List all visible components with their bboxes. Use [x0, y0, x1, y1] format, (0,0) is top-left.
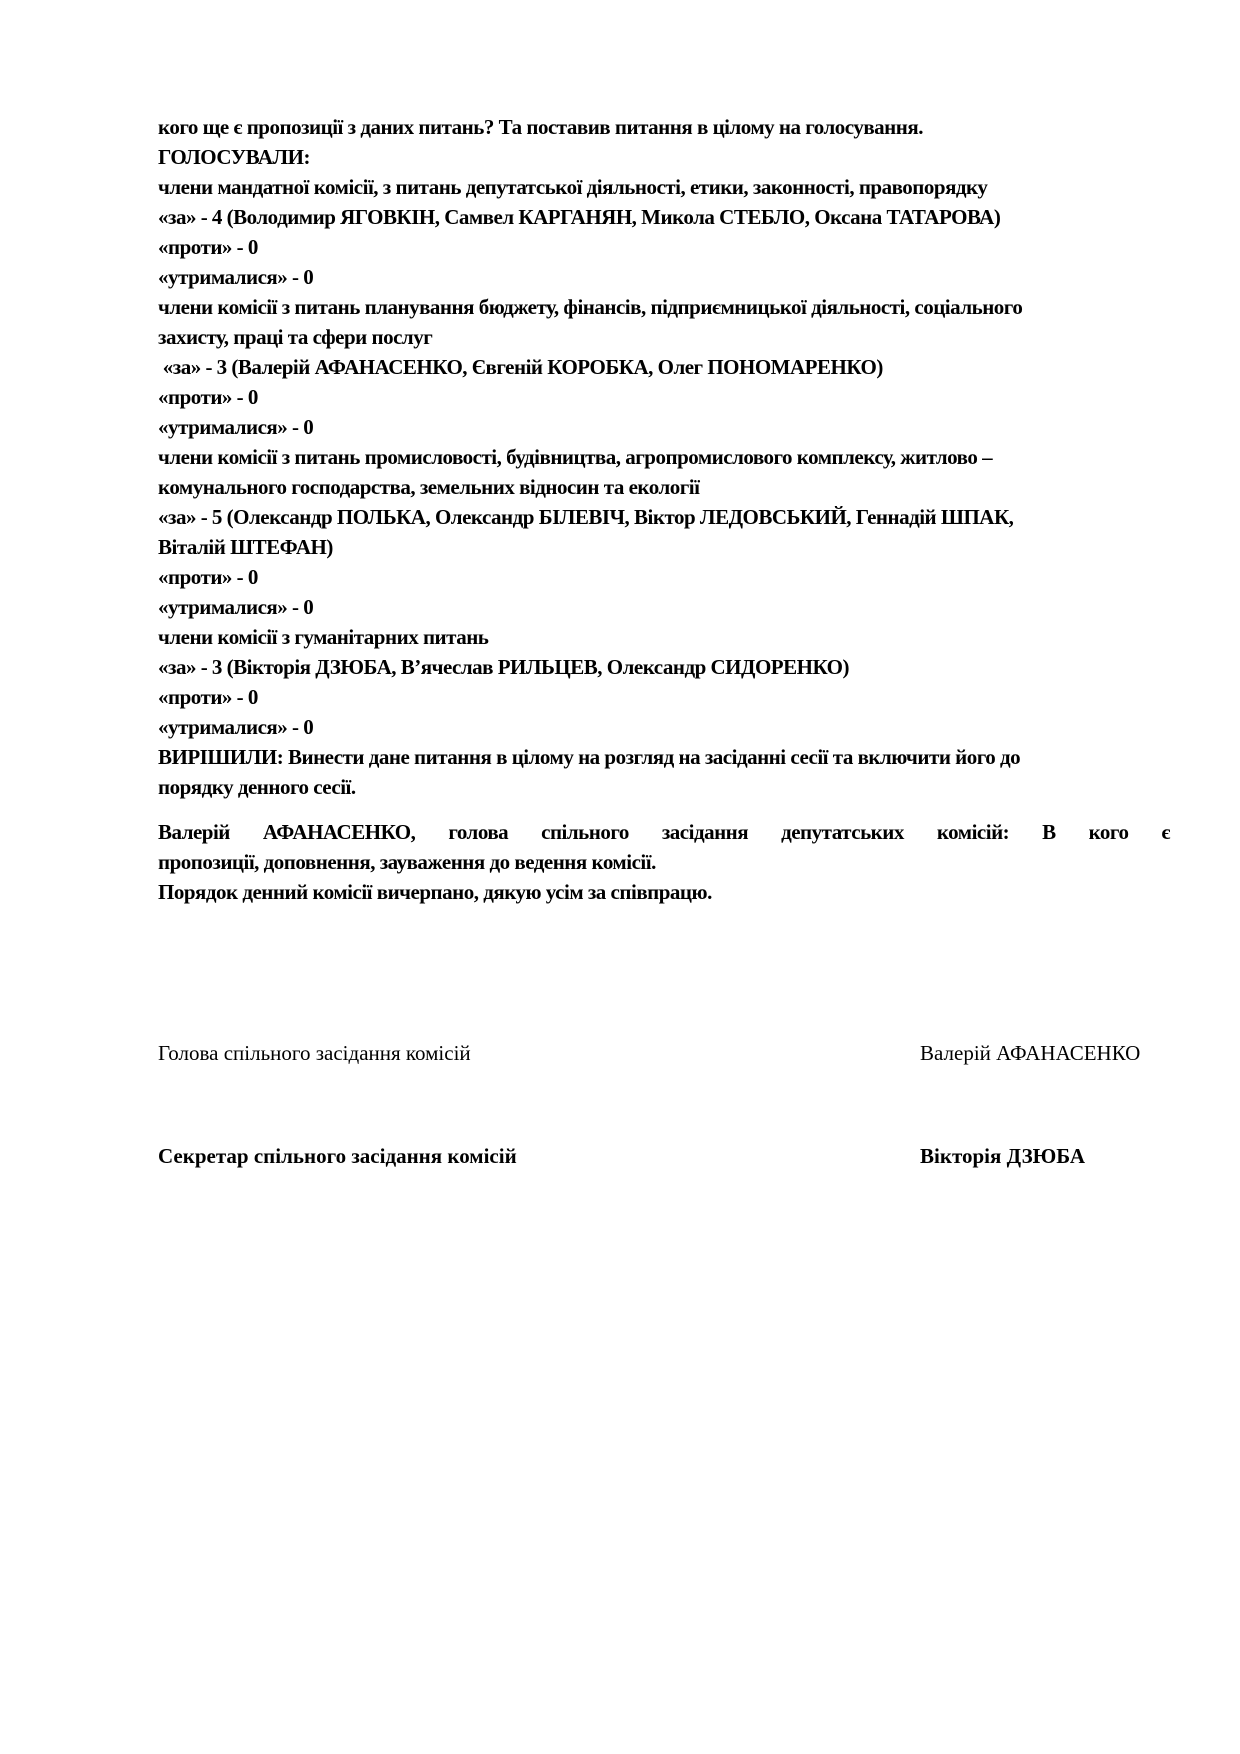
commission-members-line: комунального господарства, земельних від…	[158, 472, 1170, 502]
signature-row-secretary: Секретар спільного засідання комісій Вік…	[158, 1141, 1188, 1171]
vote-for-line: «за» - 4 (Володимир ЯГОВКІН, Самвел КАРГ…	[158, 202, 1170, 232]
vote-against-line: «проти» - 0	[158, 232, 1170, 262]
vote-abstained-line: «утрималися» - 0	[158, 592, 1170, 622]
commission-members-line: захисту, праці та сфери послуг	[158, 322, 1170, 352]
vote-for-line: «за» - 3 (Валерій АФАНАСЕНКО, Євгеній КО…	[158, 352, 1170, 382]
document-body: кого ще є пропозиції з даних питань? Та …	[158, 112, 1170, 907]
vote-abstained-line: «утрималися» - 0	[158, 262, 1170, 292]
signature-block: Голова спільного засідання комісій Валер…	[158, 1038, 1188, 1171]
vote-abstained-line: «утрималися» - 0	[158, 712, 1170, 742]
document-page: кого ще є пропозиції з даних питань? Та …	[0, 0, 1240, 1754]
vote-abstained-line: «утрималися» - 0	[158, 412, 1170, 442]
vote-against-line: «проти» - 0	[158, 562, 1170, 592]
decision-line: ВИРІШИЛИ: Винести дане питання в цілому …	[158, 742, 1170, 772]
signature-row-chair: Голова спільного засідання комісій Валер…	[158, 1038, 1188, 1068]
secretary-name: Вікторія ДЗЮБА	[920, 1141, 1085, 1171]
doc-line: кого ще є пропозиції з даних питань? Та …	[158, 112, 1170, 142]
closing-paragraph-line: Валерій АФАНАСЕНКО, голова спільного зас…	[158, 817, 1170, 847]
commission-members-line: члени комісії з питань планування бюджет…	[158, 292, 1170, 322]
closing-paragraph-line: пропозиції, доповнення, зауваження до ве…	[158, 847, 1170, 877]
commission-members-line: члени комісії з гуманітарних питань	[158, 622, 1170, 652]
voting-heading: ГОЛОСУВАЛИ:	[158, 142, 1170, 172]
vote-for-line: Віталій ШТЕФАН)	[158, 532, 1170, 562]
closing-paragraph-line: Порядок денний комісії вичерпано, дякую …	[158, 877, 1170, 907]
commission-members-line: члени мандатної комісії, з питань депута…	[158, 172, 1170, 202]
vote-for-line: «за» - 5 (Олександр ПОЛЬКА, Олександр БІ…	[158, 502, 1170, 532]
vote-against-line: «проти» - 0	[158, 682, 1170, 712]
chair-name: Валерій АФАНАСЕНКО	[920, 1038, 1140, 1068]
vote-for-line: «за» - 3 (Вікторія ДЗЮБА, В’ячеслав РИЛЬ…	[158, 652, 1170, 682]
vote-against-line: «проти» - 0	[158, 382, 1170, 412]
chair-role-label: Голова спільного засідання комісій	[158, 1041, 471, 1065]
decision-line: порядку денного сесії.	[158, 772, 1170, 802]
secretary-role-label: Секретар спільного засідання комісій	[158, 1144, 517, 1168]
commission-members-line: члени комісії з питань промисловості, бу…	[158, 442, 1170, 472]
closing-remarks: Валерій АФАНАСЕНКО, голова спільного зас…	[158, 817, 1170, 907]
